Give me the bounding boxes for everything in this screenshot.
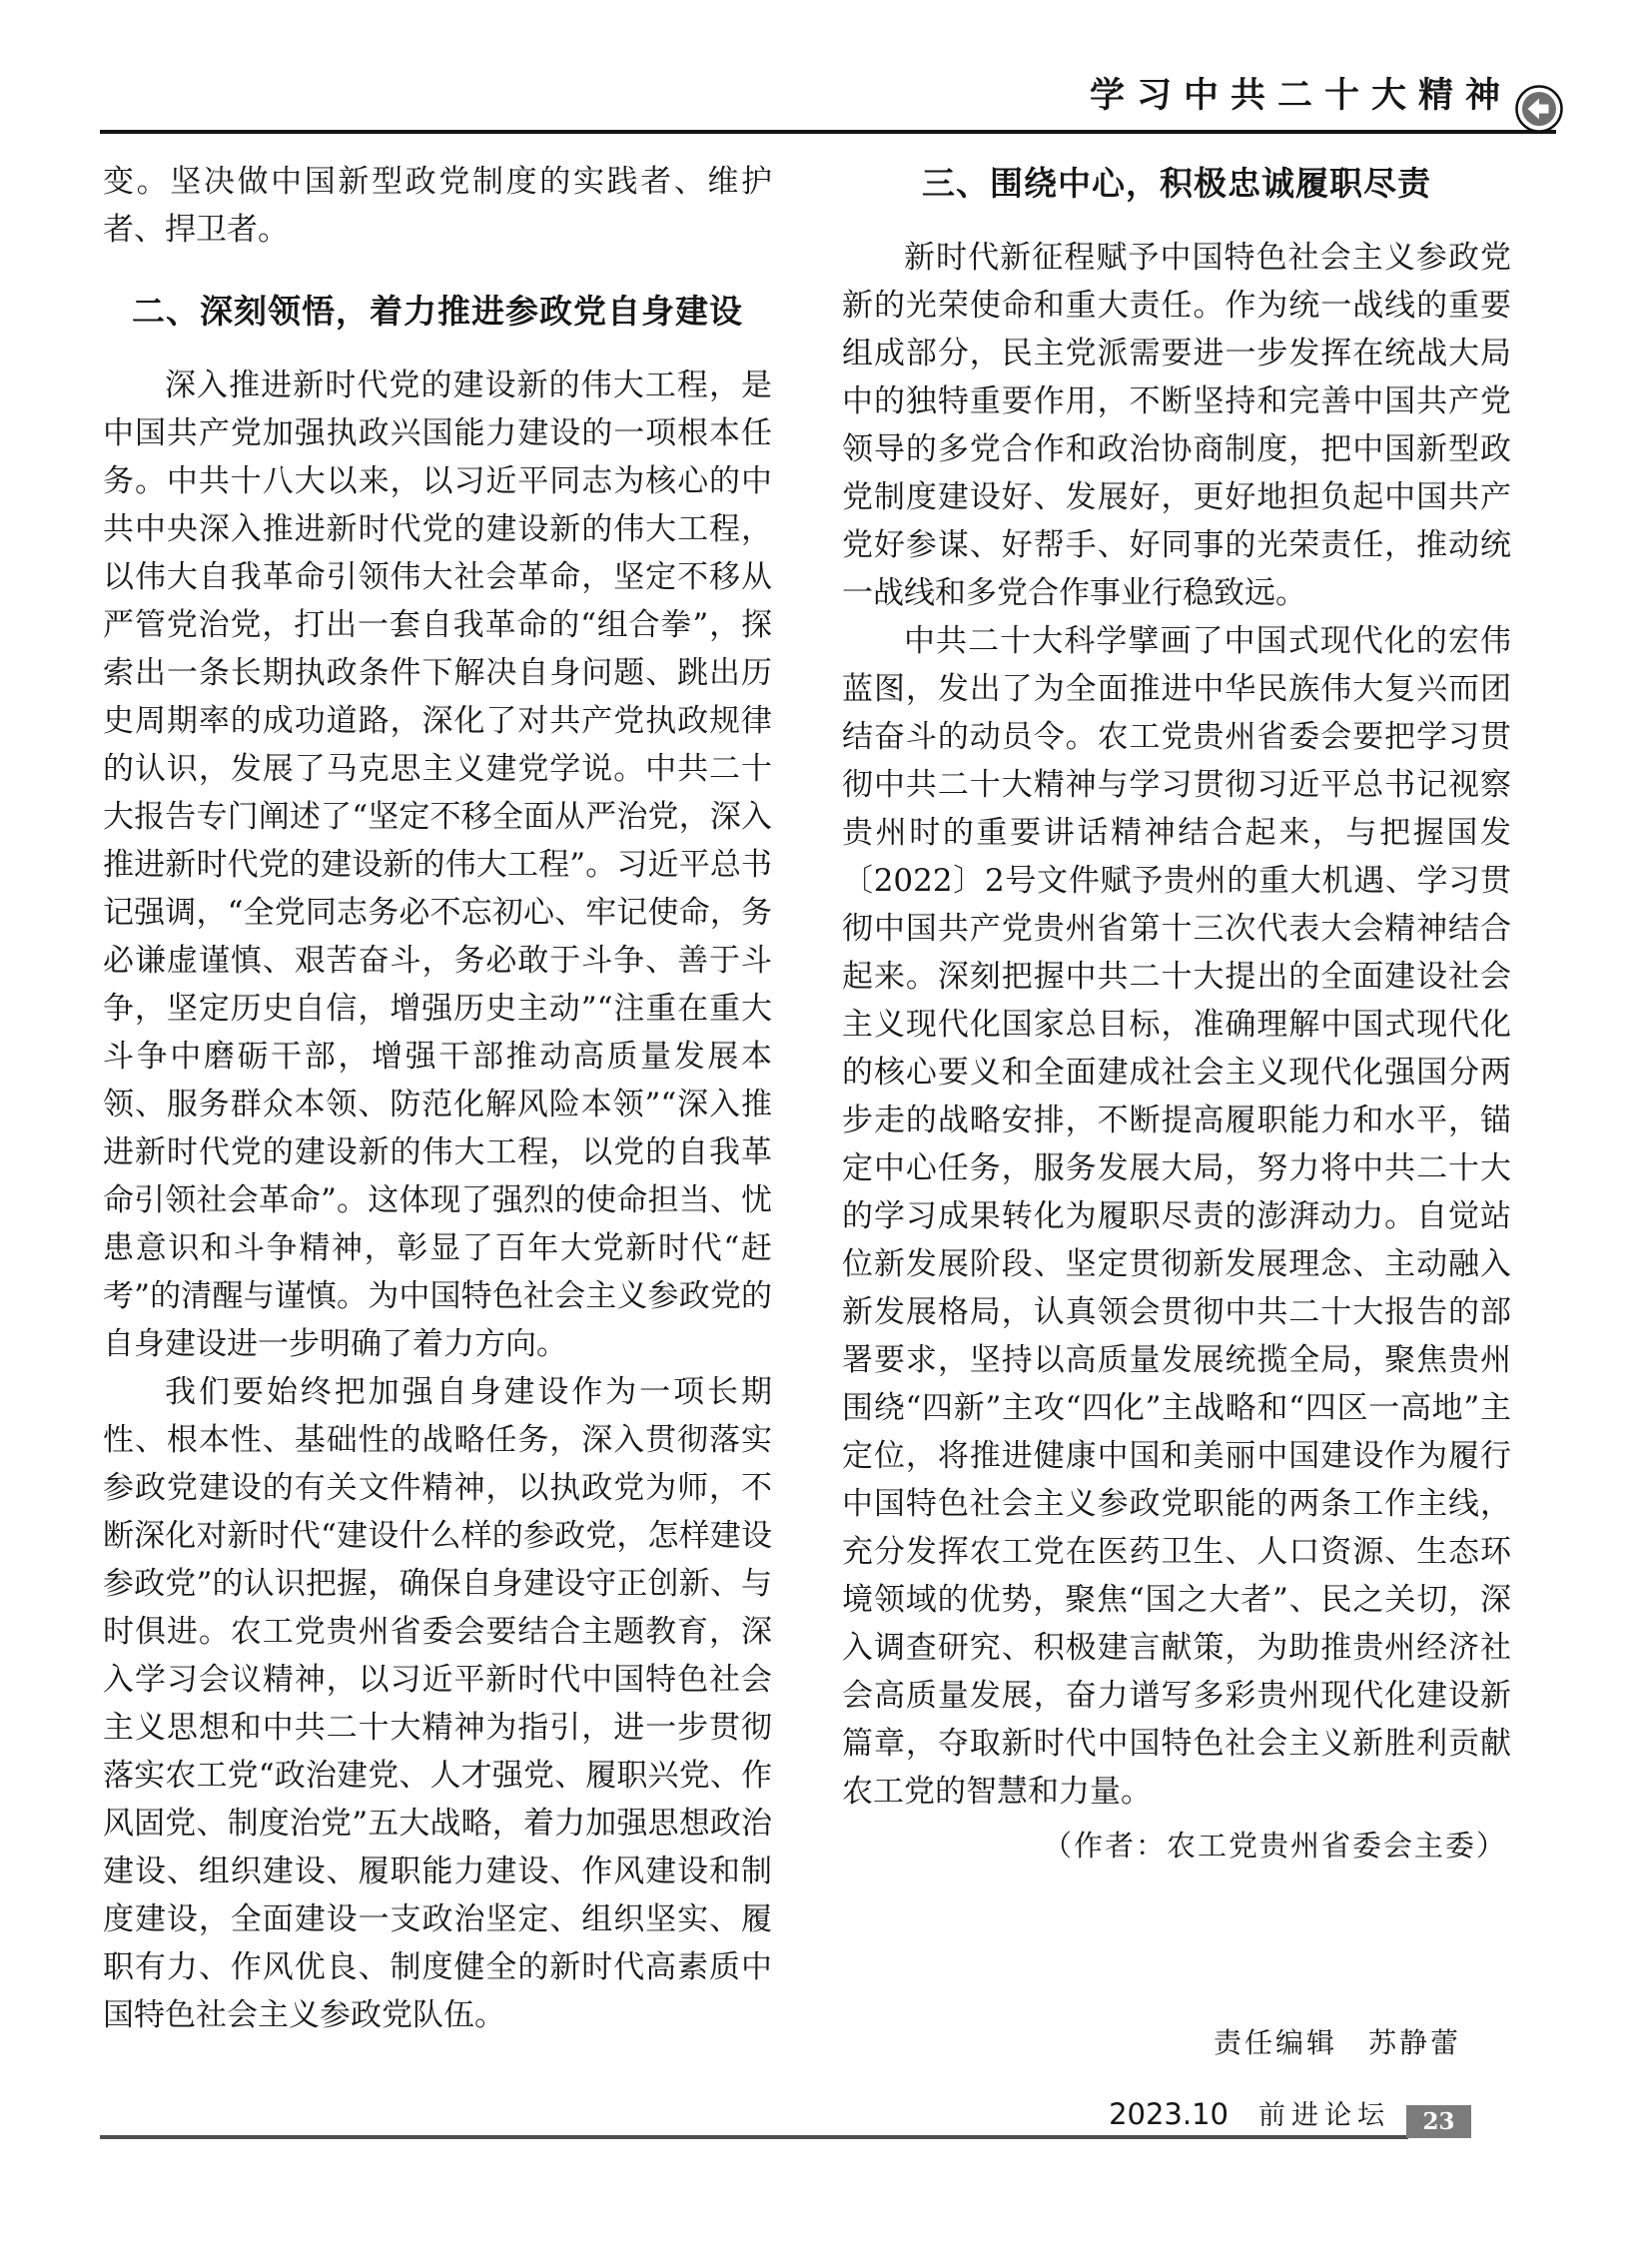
continuation-paragraph: 变。坚决做中国新型政党制度的实践者、维护者、捍卫者。 (103, 158, 772, 254)
section-2-paragraph: 深入推进新时代党的建设新的伟大工程，是中国共产党加强执政兴国能力建设的一项根本任… (103, 362, 772, 1368)
section-3-paragraph: 中共二十大科学擘画了中国式现代化的宏伟蓝图，发出了为全面推进中华民族伟大复兴而团… (842, 617, 1511, 1816)
left-column: 变。坚决做中国新型政党制度的实践者、维护者、捍卫者。 二、深刻领悟，着力推进参政… (103, 158, 772, 2039)
footer-text: 2023.10 前进论坛 (1109, 2093, 1390, 2132)
page-header-title: 学习中共二十大精神 (1090, 74, 1512, 118)
section-3-heading: 三、围绕中心，积极忠诚履职尽责 (842, 162, 1511, 206)
magazine-page: 学习中共二十大精神 变。坚决做中国新型政党制度的实践者、维护者、捍卫者。 二、深… (0, 0, 1652, 2242)
editor-credit: 责任编辑 苏静蕾 (842, 2019, 1511, 2067)
header-rule (100, 130, 1556, 134)
footer-rule (100, 2135, 1408, 2139)
page-number-badge: 23 (1406, 2105, 1471, 2138)
section-2-paragraph: 我们要始终把加强自身建设作为一项长期性、根本性、基础性的战略任务，深入贯彻落实参… (103, 1368, 772, 2039)
right-column: 三、围绕中心，积极忠诚履职尽责 新时代新征程赋予中国特色社会主义参政党新的光荣使… (842, 158, 1511, 2067)
back-arrow-icon (1514, 84, 1564, 134)
section-3-paragraph: 新时代新征程赋予中国特色社会主义参政党新的光荣使命和重大责任。作为统一战线的重要… (842, 234, 1511, 617)
footer-journal-name: 前进论坛 (1258, 2093, 1390, 2132)
author-note: （作者：农工党贵州省委会主委） (842, 1822, 1511, 1869)
footer-issue-date: 2023.10 (1109, 2097, 1229, 2131)
section-2-heading: 二、深刻领悟，着力推进参政党自身建设 (103, 290, 772, 334)
